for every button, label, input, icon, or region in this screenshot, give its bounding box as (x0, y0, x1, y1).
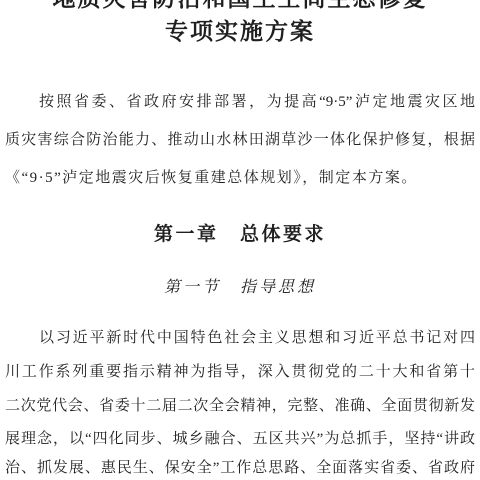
intro-paragraph-line3: 《“9·5”泸定地震灾后恢复重建总体规划》，制定本方案。 (5, 168, 475, 189)
document-page: 地质灾害防治和国土空间生态修复 专项实施方案 按照省委、省政府安排部署，为提高“… (0, 0, 480, 480)
intro-paragraph-line1: 按照省委、省政府安排部署，为提高“9·5”泸定地震灾区地 (5, 92, 475, 113)
document-title-line2: 专项实施方案 (0, 19, 480, 44)
document-title-line1: 地质灾害防治和国土空间生态修复 (0, 0, 480, 11)
guiding-paragraph-line2: 川工作系列重要指示精神为指导，深入贯彻党的二十大和省第十 (5, 362, 475, 383)
guiding-paragraph-line5: 治、抓发展、惠民生、保安全”工作总思路、全面落实省委、省政府 (5, 458, 475, 479)
section-heading: 第一节 指导思想 (0, 277, 480, 296)
guiding-paragraph-line1: 以习近平新时代中国特色社会主义思想和习近平总书记对四 (5, 328, 475, 349)
chapter-heading: 第一章 总体要求 (0, 224, 480, 247)
guiding-paragraph-line4: 展理念，以“四化同步、城乡融合、五区共兴”为总抓手，坚持“讲政 (5, 429, 475, 450)
guiding-paragraph-line3: 二次党代会、省委十二届二次全会精神，完整、准确、全面贯彻新发 (5, 396, 475, 417)
intro-paragraph-line2: 质灾害综合防治能力、推动山水林田湖草沙一体化保护修复，根据 (5, 130, 475, 151)
